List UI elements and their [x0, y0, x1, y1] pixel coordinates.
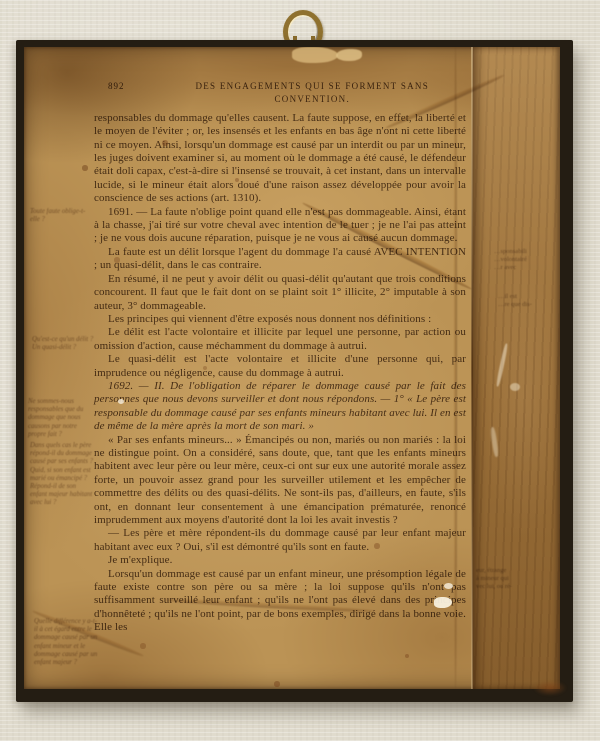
margin-note: Dans quels cas le père répond-il du domm…: [30, 442, 94, 508]
margin-note: Toute faute oblige-t-elle ?: [30, 208, 94, 224]
body-paragraph: 1692. — II. De l'obligation de réparer l…: [94, 380, 466, 434]
body-paragraph: responsables du dommage qu'elles causent…: [94, 112, 466, 206]
page-number: 892: [108, 80, 125, 93]
margin-note: Qu'est-ce qu'un délit ? Un quasi-délit ?: [32, 336, 96, 352]
picture-frame: 892 DES ENGAGEMENTS QUI SE FORMENT SANS …: [16, 40, 573, 702]
underpage-text-fragment: …il est …re que dis-: [498, 293, 542, 309]
body-paragraph: Lorsqu'un dommage est causé par un enfan…: [94, 568, 466, 635]
body-paragraph: « Par ses enfants mineurs... » Émancipés…: [94, 434, 466, 528]
margin-note: Ne sommes-nous responsables que du domma…: [28, 398, 92, 439]
body-paragraph: En résumé, il ne peut y avoir délit ou q…: [94, 273, 466, 313]
underpage-text-fragment: eur, étrange à mineur qui vec lui, ou ré…: [476, 567, 536, 591]
underpage-text-fragment: …sponsabili …volontairé …r avec: [494, 248, 540, 272]
frame-rust-stain: [533, 680, 567, 696]
paper-crease: [454, 47, 457, 689]
body-paragraph: Le quasi-délit est l'acte volontaire et …: [94, 353, 466, 380]
body-paragraph: Les principes qui viennent d'être exposé…: [94, 313, 466, 326]
running-title: DES ENGAGEMENTS QUI SE FORMENT SANS CONV…: [159, 80, 467, 107]
paper-tear: [292, 47, 338, 63]
body-paragraph: — Les père et mère répondent-ils du domm…: [94, 527, 466, 554]
body-paragraph: Je m'explique.: [94, 554, 466, 567]
paper-tear: [336, 49, 362, 61]
rust-speckles: [24, 47, 26, 49]
paper-scratch: [510, 383, 520, 391]
body-paragraph: 1691. — La faute n'oblige point quand el…: [94, 206, 466, 246]
body-paragraph: Le délit est l'acte volontaire et illici…: [94, 326, 466, 353]
printed-text-block: 892 DES ENGAGEMENTS QUI SE FORMENT SANS …: [94, 80, 466, 635]
underlying-page-strip: [472, 47, 560, 689]
running-header: 892 DES ENGAGEMENTS QUI SE FORMENT SANS …: [94, 80, 466, 107]
paper-chip: [444, 583, 453, 589]
paper-chip: [118, 399, 124, 404]
page-edge: [471, 47, 473, 689]
aged-page: 892 DES ENGAGEMENTS QUI SE FORMENT SANS …: [24, 47, 560, 689]
